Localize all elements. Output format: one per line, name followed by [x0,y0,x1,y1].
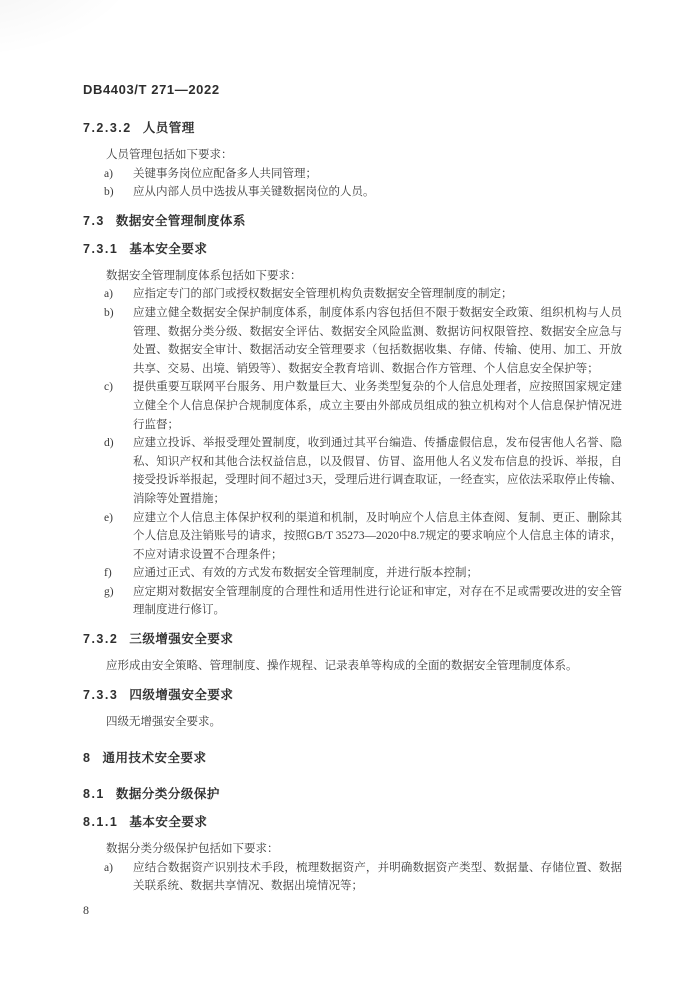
heading-number: 8 [83,751,91,765]
section-heading-8.1.1: 8.1.1基本安全要求 [83,813,622,831]
section-heading-7.2.3.2: 7.2.3.2人员管理 [83,119,622,137]
document-body: 7.2.3.2人员管理人员管理包括如下要求：a)关键事务岗位应配备多人共同管理；… [83,119,622,896]
list-item-text: 应通过正式、有效的方式发布数据安全管理制度，并进行版本控制； [133,564,622,583]
paragraph: 四级无增强安全要求。 [83,713,622,732]
heading-title: 基本安全要求 [129,242,207,256]
list-item-text: 应建立个人信息主体保护权利的渠道和机制，及时响应个人信息主体查阅、复制、更正、删… [133,509,622,565]
section-heading-7.3.2: 7.3.2三级增强安全要求 [83,630,622,648]
list-item-text: 应从内部人员中选拔从事关键数据岗位的人员。 [133,183,622,202]
list-item-text: 应建立健全数据安全保护制度体系，制度体系内容包括但不限于数据安全政策、组织机构与… [133,304,622,378]
heading-number: 7.3.1 [83,242,118,256]
heading-number: 8.1 [83,787,105,801]
heading-number: 7.3.2 [83,632,118,646]
list-item-label: a) [104,285,133,304]
heading-title: 人员管理 [143,121,195,135]
list-item-a: a)应结合数据资产识别技术手段，梳理数据资产，并明确数据资产类型、数据量、存储位… [83,859,622,896]
list-item-d: d)应建立投诉、举报受理处置制度，收到通过其平台编造、传播虚假信息，发布侵害他人… [83,434,622,508]
list-item-b: b)应建立健全数据安全保护制度体系，制度体系内容包括但不限于数据安全政策、组织机… [83,304,622,378]
heading-number: 7.2.3.2 [83,121,132,135]
section-heading-7.3: 7.3数据安全管理制度体系 [83,212,622,230]
section-heading-8: 8通用技术安全要求 [83,749,622,767]
document-page: DB4403/T 271—2022 7.2.3.2人员管理人员管理包括如下要求：… [0,0,700,989]
list-item-text: 应定期对数据安全管理制度的合理性和适用性进行论证和审定，对存在不足或需要改进的安… [133,583,622,620]
paragraph: 数据安全管理制度体系包括如下要求： [83,267,622,286]
heading-title: 数据分类分级保护 [116,787,220,801]
list-item-label: a) [104,859,133,896]
paragraph: 人员管理包括如下要求： [83,146,622,165]
paragraph: 应形成由安全策略、管理制度、操作规程、记录表单等构成的全面的数据安全管理制度体系… [83,657,622,676]
list-item-label: a) [104,165,133,184]
section-heading-7.3.3: 7.3.3四级增强安全要求 [83,686,622,704]
heading-title: 通用技术安全要求 [102,751,206,765]
list-item-text: 应结合数据资产识别技术手段，梳理数据资产，并明确数据资产类型、数据量、存储位置、… [133,859,622,896]
heading-title: 数据安全管理制度体系 [116,214,246,228]
list-item-label: e) [104,509,133,565]
list-item-c: c)提供重要互联网平台服务、用户数量巨大、业务类型复杂的个人信息处理者，应按照国… [83,378,622,434]
list-item-g: g)应定期对数据安全管理制度的合理性和适用性进行论证和审定，对存在不足或需要改进… [83,583,622,620]
heading-title: 三级增强安全要求 [129,632,233,646]
heading-number: 8.1.1 [83,815,118,829]
list-item-a: a)应指定专门的部门或授权数据安全管理机构负责数据安全管理制度的制定； [83,285,622,304]
list-item-label: d) [104,434,133,508]
list-item-label: f) [104,564,133,583]
section-heading-7.3.1: 7.3.1基本安全要求 [83,240,622,258]
heading-number: 7.3 [83,214,105,228]
list-item-label: g) [104,583,133,620]
list-item-b: b)应从内部人员中选拔从事关键数据岗位的人员。 [83,183,622,202]
page-number: 8 [83,903,89,918]
paragraph: 数据分类分级保护包括如下要求： [83,840,622,859]
list-item-f: f)应通过正式、有效的方式发布数据安全管理制度，并进行版本控制； [83,564,622,583]
list-item-text: 提供重要互联网平台服务、用户数量巨大、业务类型复杂的个人信息处理者，应按照国家规… [133,378,622,434]
list-item-text: 关键事务岗位应配备多人共同管理； [133,165,622,184]
section-heading-8.1: 8.1数据分类分级保护 [83,785,622,803]
list-item-label: b) [104,183,133,202]
standard-number-header: DB4403/T 271—2022 [83,82,622,98]
list-item-label: b) [104,304,133,378]
heading-title: 基本安全要求 [129,815,207,829]
heading-title: 四级增强安全要求 [129,688,233,702]
list-item-text: 应建立投诉、举报受理处置制度，收到通过其平台编造、传播虚假信息，发布侵害他人名誉… [133,434,622,508]
list-item-a: a)关键事务岗位应配备多人共同管理； [83,165,622,184]
list-item-text: 应指定专门的部门或授权数据安全管理机构负责数据安全管理制度的制定； [133,285,622,304]
heading-number: 7.3.3 [83,688,118,702]
list-item-e: e)应建立个人信息主体保护权利的渠道和机制，及时响应个人信息主体查阅、复制、更正… [83,509,622,565]
list-item-label: c) [104,378,133,434]
